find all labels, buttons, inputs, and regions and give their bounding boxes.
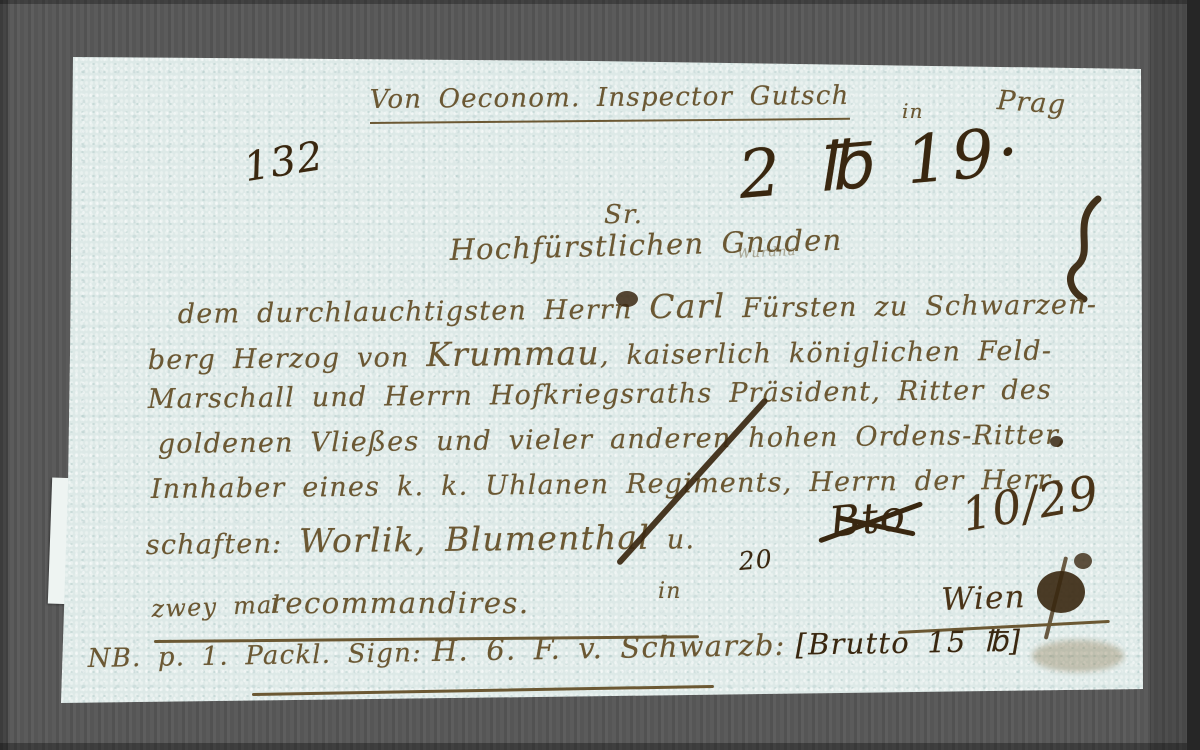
scan-edge-top — [0, 0, 1200, 4]
address-line-6: schaften: Worlik, Blumenthal u. — [146, 517, 696, 562]
destination-preposition: in — [658, 579, 682, 604]
address-line-6-post: u. — [650, 524, 695, 555]
crossed-rate-mark: Bto — [827, 490, 908, 547]
address-line-6-pre: schaften: — [146, 528, 300, 561]
note-weight: [Brutto 15 ℔] — [795, 624, 1021, 662]
address-line-5: Innhaber eines k. k. Uhlanen Regiments, … — [151, 464, 1062, 505]
address-line-5-pre: Innhaber eines k. k. Uhlanen Regiments, … — [151, 464, 1062, 505]
note-prefix: NB. p. 1. Packl. Sign: — [87, 638, 422, 674]
note-line: NB. p. 1. Packl. Sign: H. 6. F. v. Schwa… — [87, 624, 1021, 674]
ink-blot-destination — [1037, 571, 1085, 613]
destination-city: Wien — [941, 579, 1027, 618]
address-line-3: Marschall und Herrn Hofkriegsraths Präsi… — [148, 375, 1052, 415]
salutation-abbrev: Sr. — [604, 200, 643, 230]
ink-blot-margin — [1050, 436, 1063, 447]
address-line-6-name: Worlik, Blumenthal — [299, 518, 650, 561]
ink-smudge — [1032, 640, 1124, 672]
registered-note: recommandires. — [270, 586, 530, 620]
sender-line: Von Oeconom. Inspector Gutsch — [370, 81, 850, 124]
sender-preposition: in — [902, 99, 924, 123]
address-line-2-pre: berg Herzog von — [148, 342, 427, 376]
letter-cover: Von Oeconom. Inspector Gutsch in Prag 13… — [52, 55, 1148, 707]
address-line-3-pre: Marschall und Herrn Hofkriegsraths Präsi… — [148, 375, 1052, 415]
registered-prefix: zwey mal — [151, 590, 282, 623]
scan-edge-bottom — [0, 743, 1200, 750]
address-line-2: berg Herzog von Krummau, kaiserlich köni… — [148, 329, 1053, 377]
note-signature: H. 6. F. v. Schwarzb: — [432, 628, 786, 668]
faint-pencil-note: Wurdna — [737, 244, 797, 262]
weight-mark: 2 ℔ 19· — [735, 112, 1026, 214]
ink-blot-address — [616, 291, 638, 307]
franco-amount: 20 — [737, 544, 774, 576]
reference-number: 132 — [241, 133, 327, 191]
address-line-4: goldenen Vließes und vieler anderen hohe… — [158, 419, 1066, 460]
photo-backdrop: Von Oeconom. Inspector Gutsch in Prag 13… — [0, 0, 1200, 750]
address-line-1-pre: dem durchlauchtigsten Herrn — [178, 294, 650, 330]
scan-edge-right — [1187, 0, 1200, 750]
address-line-4-pre: goldenen Vließes und vieler anderen hohe… — [158, 419, 1066, 460]
scan-edge-left — [0, 0, 8, 750]
address-line-1-post: Fürsten zu Schwarzen- — [725, 289, 1097, 324]
address-line-2-post: , kaiserlich königlichen Feld- — [600, 336, 1053, 372]
address-line-2-name: Krummau — [426, 333, 600, 374]
signature-underline — [252, 685, 714, 696]
ink-blot-destination-small — [1074, 553, 1092, 569]
address-line-1: dem durchlauchtigsten Herrn Carl Fürsten… — [178, 282, 1098, 331]
address-line-1-name: Carl — [649, 286, 725, 326]
